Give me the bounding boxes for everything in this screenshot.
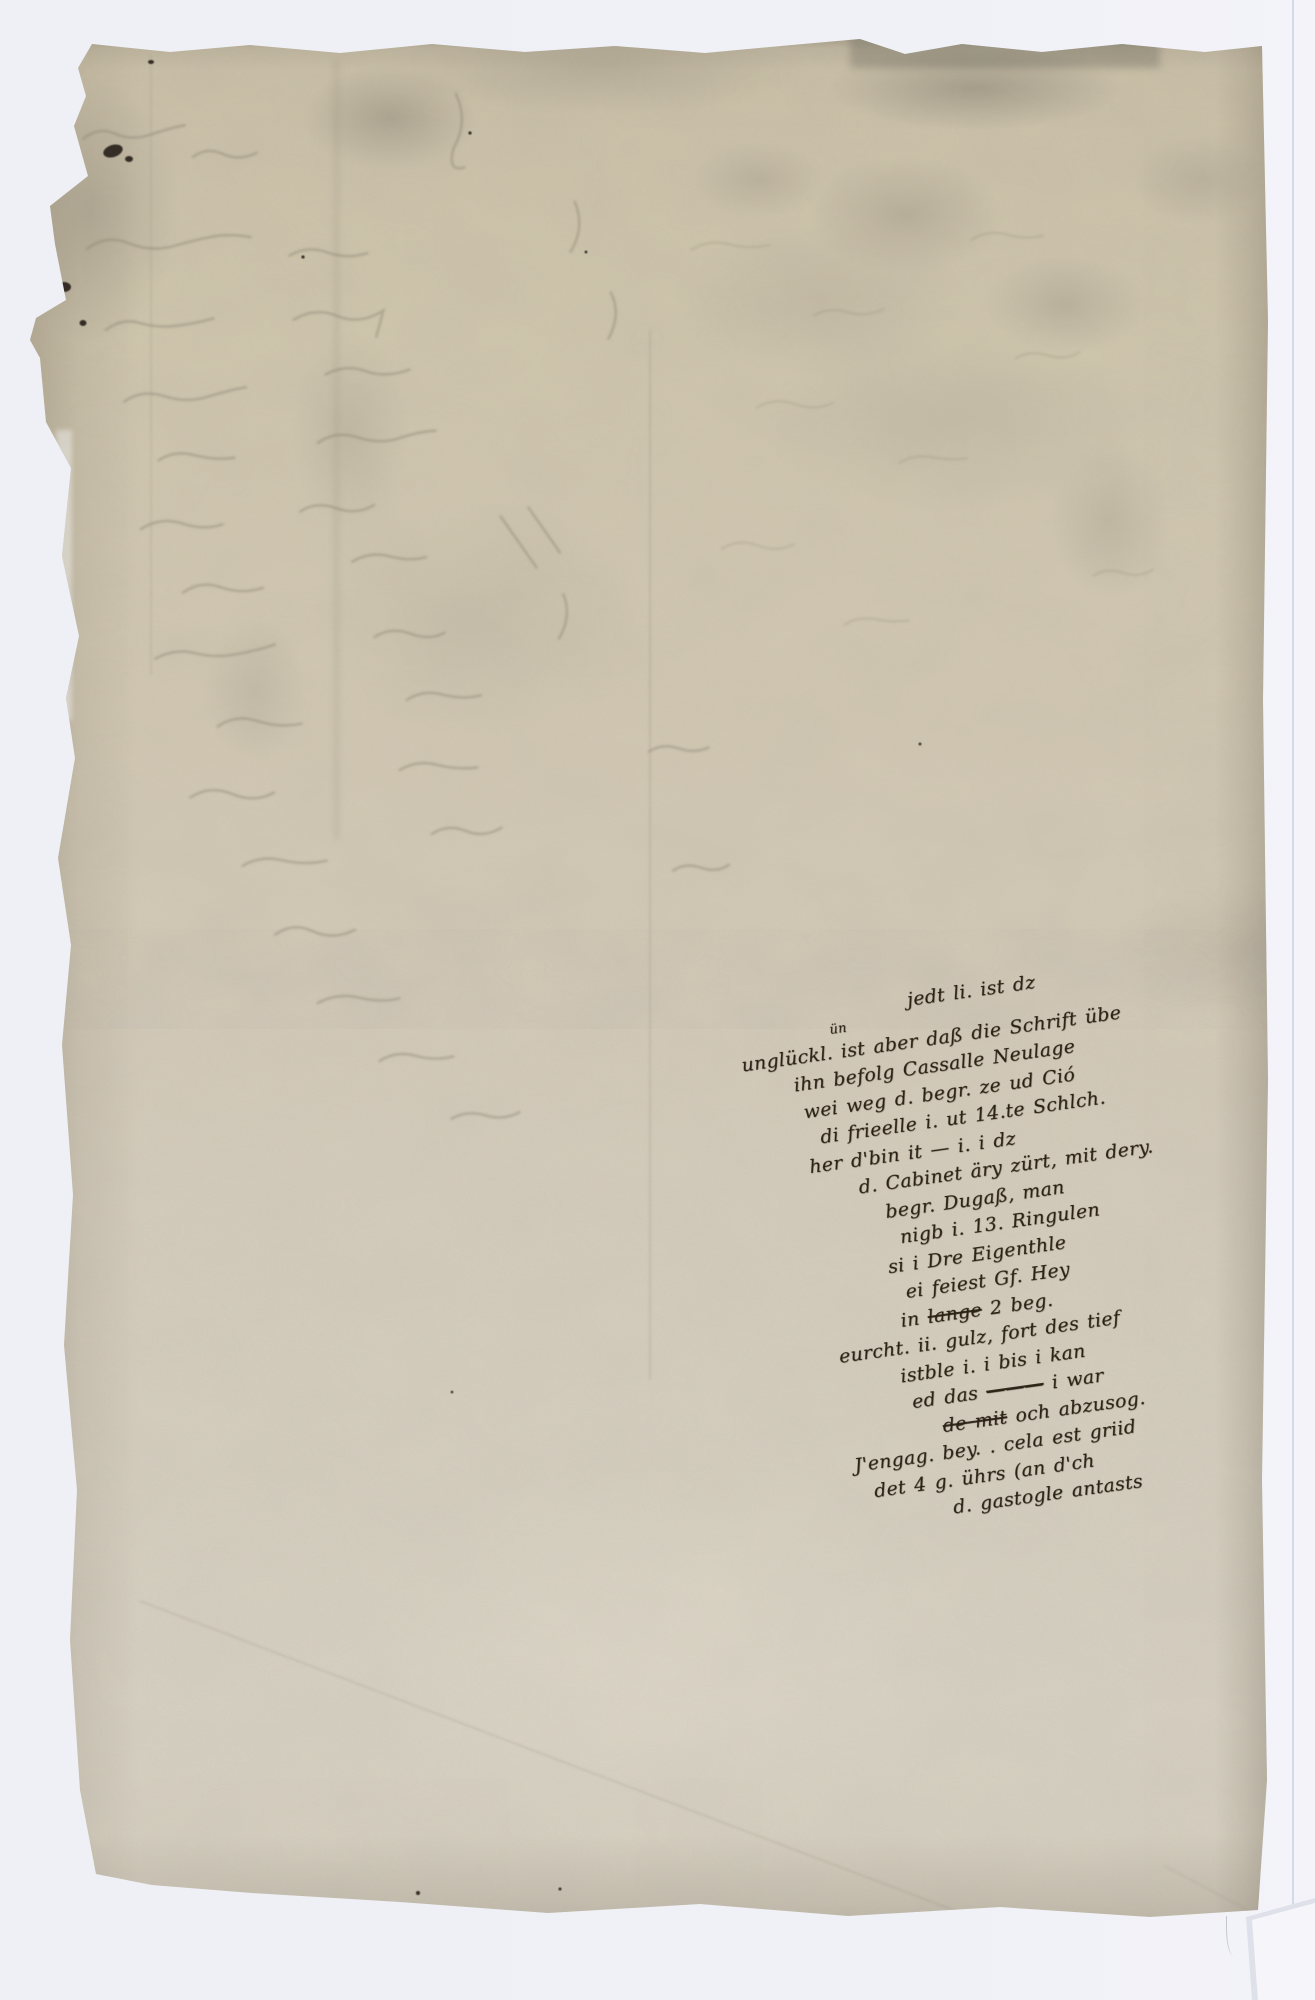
backing-sheet-edge-line [1292,0,1294,2000]
backing-fold-crease-line [1226,1916,1237,1956]
handwriting-block: jedt li. ist dz ün unglückl. ist aber da… [728,951,1238,1544]
coarse-mottle-top [0,0,1315,980]
scan-background: jedt li. ist dz ün unglückl. ist aber da… [0,0,1315,2000]
paper-sheet: jedt li. ist dz ün unglückl. ist aber da… [0,0,1315,2000]
